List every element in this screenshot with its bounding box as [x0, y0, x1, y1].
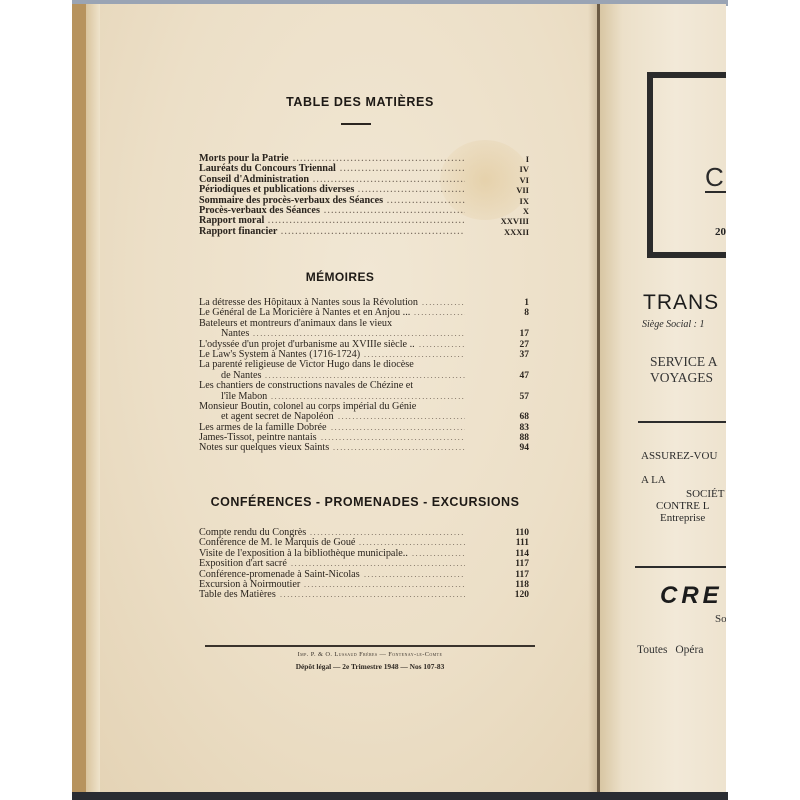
toc-entry-page: X [469, 206, 529, 216]
toc-entry-page: 83 [473, 423, 529, 433]
toc-entry: Périodiques et publications diversesVII.… [199, 185, 529, 195]
leader-dots: ........................................… [280, 590, 465, 600]
toc-entry-page: 118 [473, 580, 529, 590]
leader-dots: ........................................… [268, 216, 465, 226]
leader-dots: ........................................… [304, 580, 465, 590]
assurez-line: ASSUREZ-VOU [641, 444, 717, 468]
divider-rule [638, 421, 726, 423]
toc-entry-page: VII [469, 185, 529, 195]
so-text: So [715, 613, 726, 625]
title-rule [341, 123, 371, 125]
toc-entry-label: Notes sur quelques vieux Saints [199, 443, 329, 453]
societe-line: Entreprise [656, 512, 725, 524]
toc-entry: Nantes17................................… [199, 329, 529, 339]
toc-entry-page: 17 [473, 329, 529, 339]
leader-dots: ........................................… [281, 227, 465, 237]
toc-entry-label: Rapport financier [199, 227, 277, 237]
toc-entry-page: 111 [473, 538, 529, 548]
toc-entry-page: 88 [473, 433, 529, 443]
toc-entry-page: XXXII [469, 227, 529, 237]
assurez-text: ASSUREZ-VOU A LA [641, 444, 717, 492]
leader-dots: ........................................… [340, 164, 465, 174]
societe-text: SOCIÉT CONTRE L Entreprise [656, 488, 725, 524]
ad-logo-rule [705, 191, 726, 193]
toc-entry: Notes sur quelques vieux Saints94.......… [199, 443, 529, 453]
front-matter-list: Morts pour la PatrieI...................… [199, 154, 529, 237]
leader-dots: ........................................… [419, 340, 465, 350]
leader-dots: ........................................… [338, 412, 465, 422]
toc-entry-page: 117 [473, 570, 529, 580]
leader-dots: ........................................… [333, 443, 465, 453]
toc-entry-page: 110 [473, 528, 529, 538]
leader-dots: ........................................… [422, 298, 465, 308]
toc-entry-page: 37 [473, 350, 529, 360]
toc-entry: Les chantiers de constructions navales d… [199, 381, 529, 391]
leader-dots: ........................................… [364, 570, 465, 580]
printer-line: Imp. P. & O. Lussaud Frères — Fontenay-l… [205, 651, 535, 658]
toc-entry-page: 57 [473, 392, 529, 402]
toc-entry-page: 117 [473, 559, 529, 569]
service-line: VOYAGES [650, 370, 718, 386]
leader-dots: ........................................… [324, 206, 465, 216]
memoires-list: La détresse des Hôpitaux à Nantes sous l… [199, 298, 529, 454]
service-text: SERVICE A VOYAGES [650, 354, 718, 386]
toc-entry-page: 68 [473, 412, 529, 422]
memoires-heading: MÉMOIRES [230, 270, 450, 284]
leader-dots: ........................................… [321, 433, 465, 443]
ad-number: 20 [715, 226, 726, 238]
toc-entry: Table des Matières120...................… [199, 590, 529, 600]
book-scan: TABLE DES MATIÈRES Morts pour la PatrieI… [0, 0, 800, 800]
toc-entry-label: Les chantiers de constructions navales d… [199, 381, 413, 391]
leader-dots: ........................................… [412, 549, 465, 559]
toc-entry-page: XXVIII [469, 216, 529, 226]
divider-rule [635, 566, 726, 568]
trans-heading: TRANS [643, 291, 719, 315]
toc-entry-page: 27 [473, 340, 529, 350]
right-page: C 20 TRANS Siège Social : 1 SERVICE A VO… [600, 4, 726, 792]
toc-title: TABLE DES MATIÈRES [240, 95, 480, 109]
cre-heading: CRE [660, 582, 723, 610]
siege-social: Siège Social : 1 [642, 319, 704, 330]
toc-entry-page: 94 [473, 443, 529, 453]
ad-logo: C [705, 162, 724, 193]
background-bottom [72, 792, 728, 800]
toc-entry-label: Table des Matières [199, 590, 276, 600]
toc-entry: Exposition d'art sacré117...............… [199, 559, 529, 569]
toc-entry-page: 114 [473, 549, 529, 559]
legal-deposit-line: Dépôt légal — 2e Trimestre 1948 — Nos 10… [205, 662, 535, 671]
leader-dots: ........................................… [414, 308, 465, 318]
societe-line: CONTRE L [656, 500, 725, 512]
imprint-rule [205, 645, 535, 647]
toutes-text: Toutes Opéra [637, 644, 703, 656]
toc-entry-page: 8 [473, 308, 529, 318]
toc-entry-page: I [469, 154, 529, 164]
leader-dots: ........................................… [387, 196, 465, 206]
toc-entry: Rapport financierXXXII..................… [199, 227, 529, 237]
toc-entry-page: VI [469, 175, 529, 185]
toc-entry-page: IX [469, 196, 529, 206]
service-line: SERVICE A [650, 354, 718, 370]
toc-entry-page: IV [469, 164, 529, 174]
toc-entry-page: 120 [473, 590, 529, 600]
conferences-heading: CONFÉRENCES - PROMENADES - EXCURSIONS [196, 495, 534, 509]
conferences-list: Compte rendu du Congrès110..............… [199, 528, 529, 601]
societe-line: SOCIÉT [656, 488, 725, 500]
leader-dots: ........................................… [331, 423, 465, 433]
toc-entry-page: 1 [473, 298, 529, 308]
toc-entry-page: 47 [473, 371, 529, 381]
